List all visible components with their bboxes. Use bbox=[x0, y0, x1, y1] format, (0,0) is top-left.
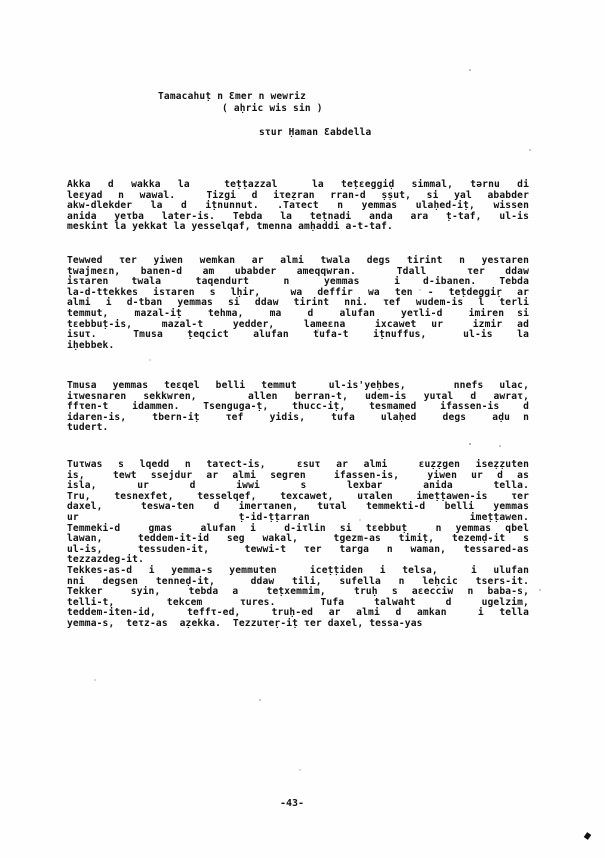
text-line: iḥebbek. bbox=[67, 341, 529, 352]
paragraph-2: Tewwed τer yiwen wemkan ar almi twala de… bbox=[67, 256, 529, 351]
story-subtitle: ( aḥric wis sin ) bbox=[222, 103, 323, 114]
text-line: yemma-s, teτz-as aẓekka. Tezzuτeṛ-iṭ τer… bbox=[67, 619, 529, 630]
text-line: Tekkes-as-d i yemma-s yemmuten iceṭṭiden… bbox=[67, 566, 529, 577]
text-line: Tmusa yemmas teɛqel belli temmut ul-is'y… bbox=[67, 381, 529, 392]
story-title: Tamacahuṭ n Ɛmer n wewriz bbox=[158, 91, 306, 102]
scanned-page: Tamacahuṭ n Ɛmer n wewriz ( aḥric wis si… bbox=[0, 0, 605, 858]
text-line: temmut, mazal-iṭ tehma, ma d alufan yeτl… bbox=[67, 309, 529, 320]
text-line: tudert. bbox=[67, 423, 529, 434]
text-line: ur ṭ-id-ṭṭarran imeṭṭawen. bbox=[67, 513, 529, 524]
paragraph-3: Tmusa yemmas teɛqel belli temmut ul-is'y… bbox=[67, 381, 529, 434]
text-line: Tuτwas s lqedd n taτect-is, ɛsuτ ar almi… bbox=[67, 460, 529, 471]
text-line: Akka d wakka la teṭṭazzal la teṭɛeggiḍ s… bbox=[67, 180, 529, 191]
text-line: isuτ. Tmusa ṭeqcict alufan tufa-t iṭnuff… bbox=[67, 330, 529, 341]
text-line: idaren-is, tbern-iṭ τef yidis, tufa ulaḥ… bbox=[67, 413, 529, 424]
paragraph-4: Tuτwas s lqedd n taτect-is, ɛsuτ ar almi… bbox=[67, 460, 529, 630]
author-line: sτur Ḥaman Ɛabdella bbox=[259, 127, 371, 138]
text-line: meskint la yekkat la yesselqaf, tmenna a… bbox=[67, 222, 529, 233]
scan-artifact-mark bbox=[584, 832, 592, 840]
text-line: Tewwed τer yiwen wemkan ar almi twala de… bbox=[67, 256, 529, 267]
paragraph-1: Akka d wakka la teṭṭazzal la teṭɛeggiḍ s… bbox=[67, 180, 529, 233]
page-number: -43- bbox=[280, 798, 304, 809]
